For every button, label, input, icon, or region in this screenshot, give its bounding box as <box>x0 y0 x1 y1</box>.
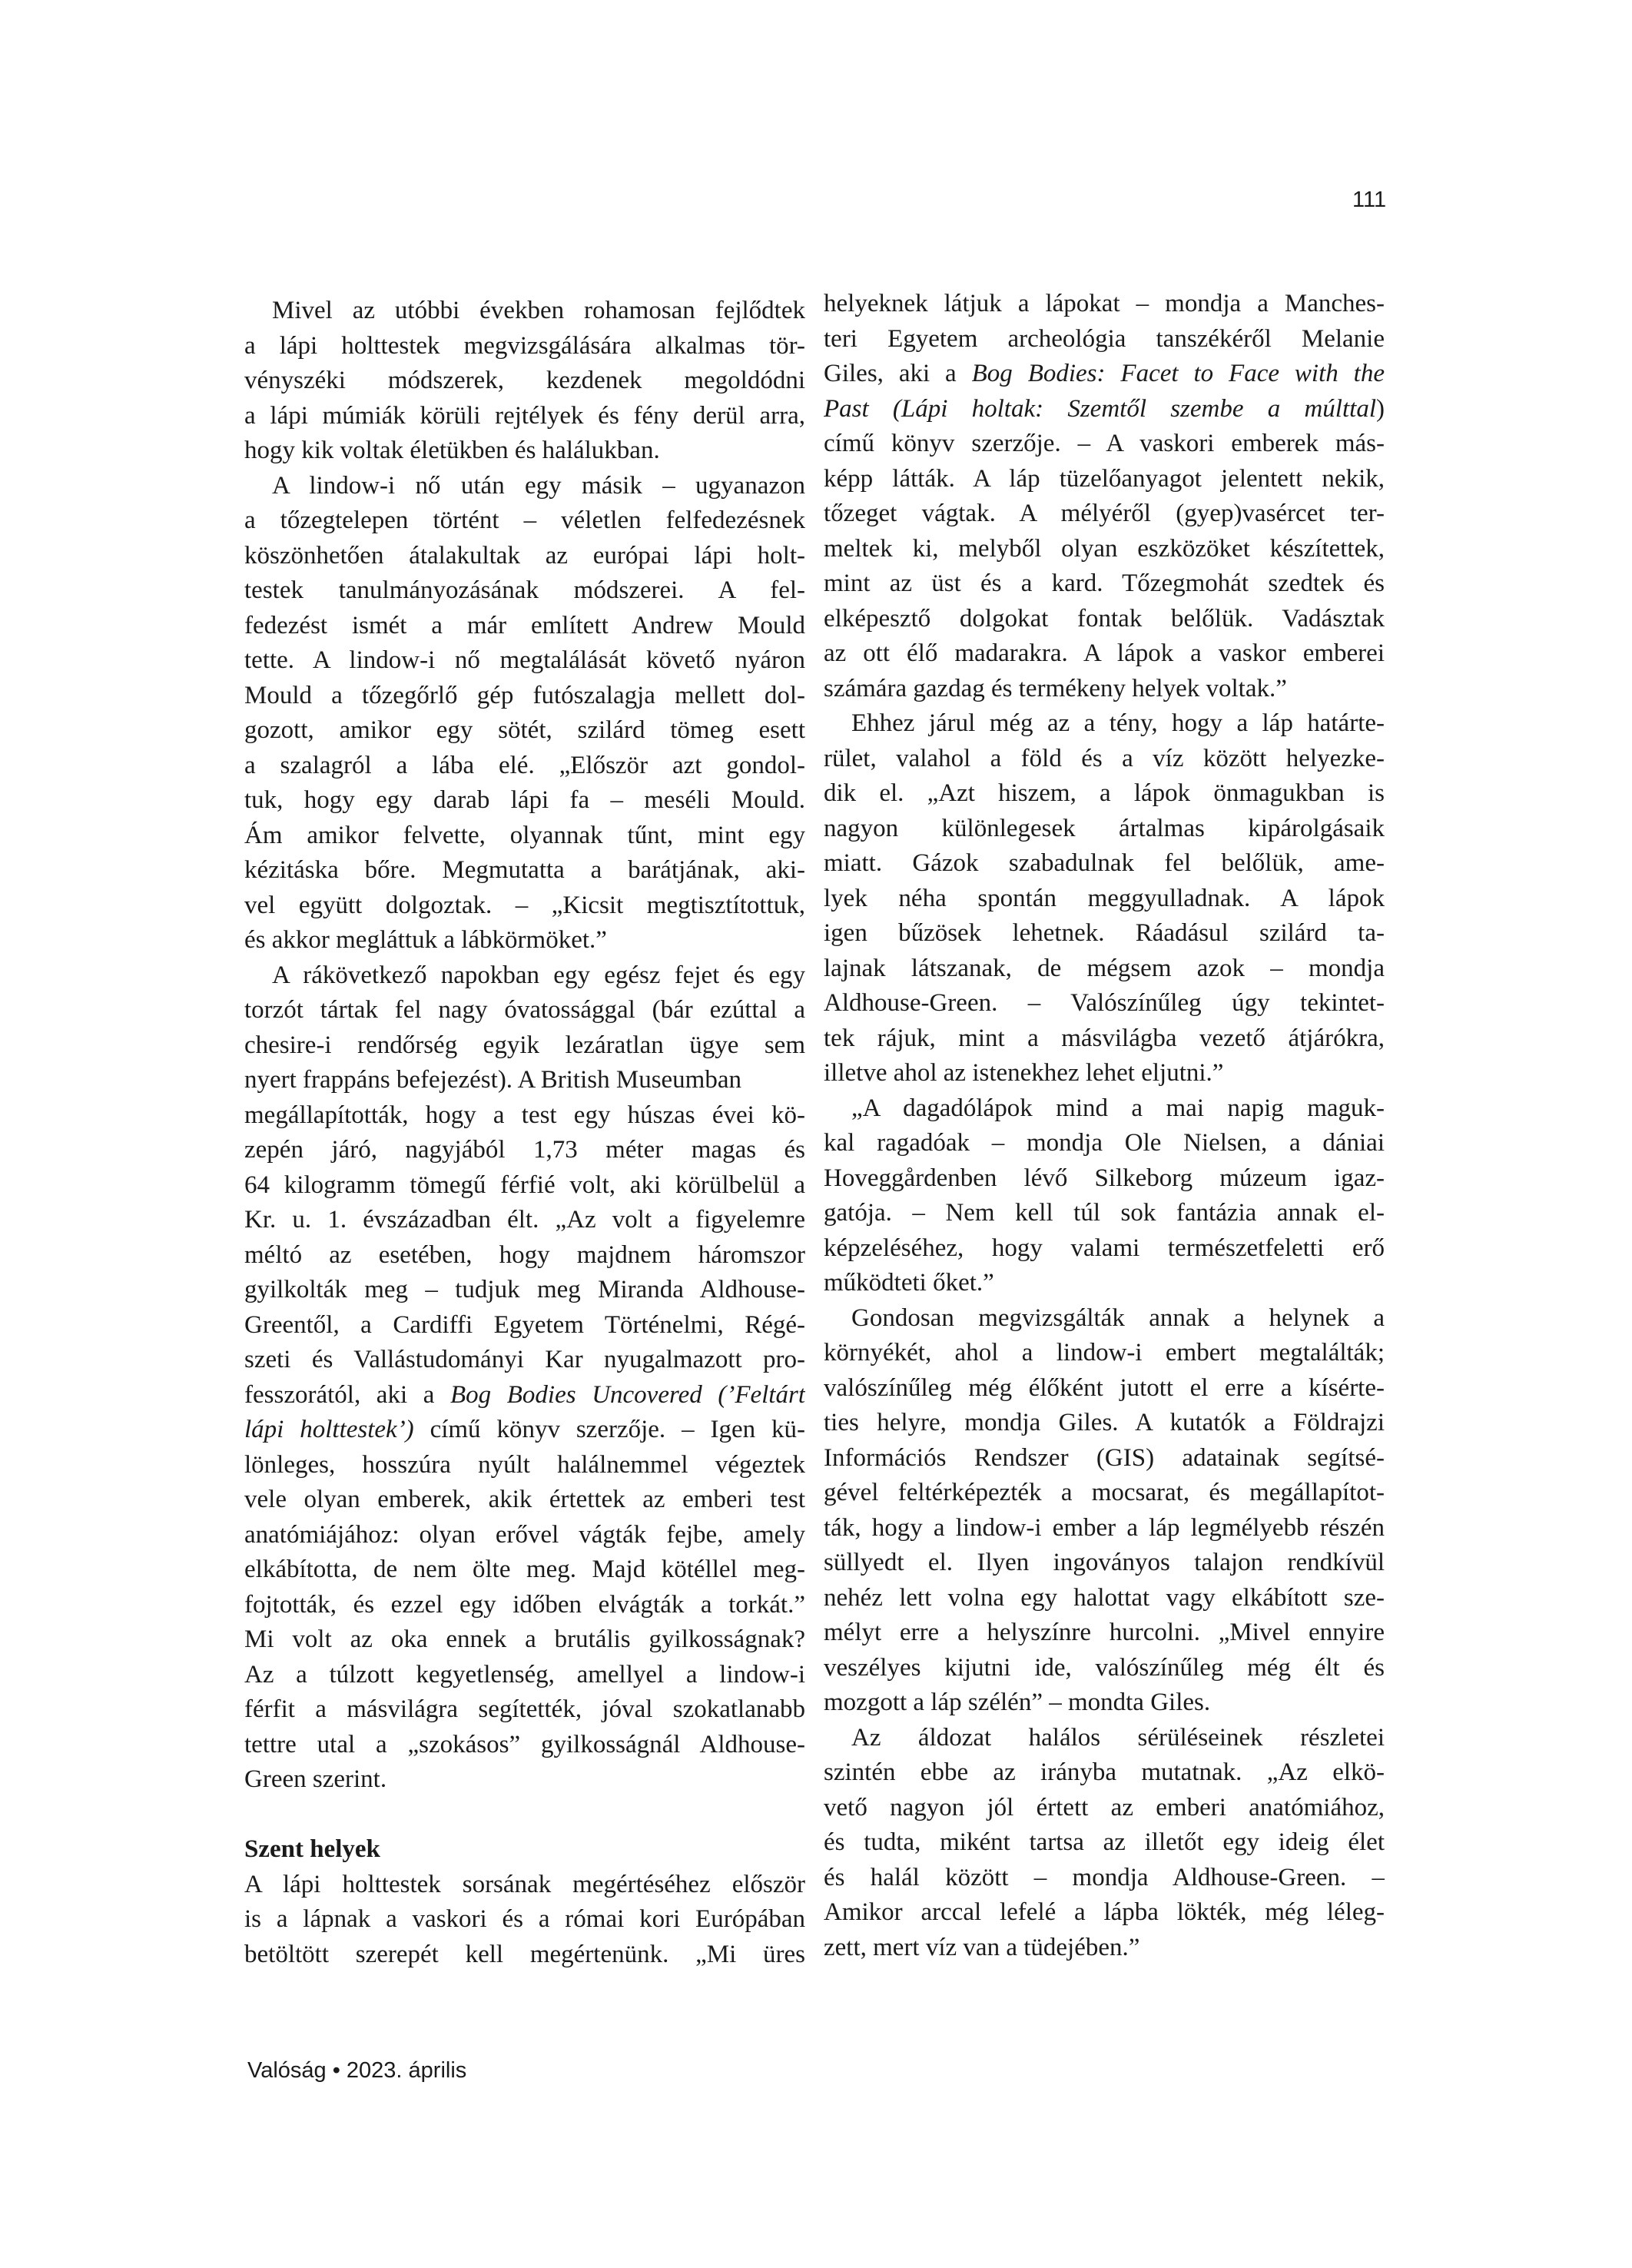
text-line: és akkor megláttuk a lábkörmöket.” <box>244 923 805 958</box>
text-line: „A dagadólápok mind a mai napig maguk- <box>824 1091 1385 1127</box>
text-line: elkábította, de nem ölte meg. Majd kötél… <box>244 1552 805 1588</box>
text-line: Ám amikor felvette, olyannak tűnt, mint … <box>244 819 805 854</box>
text-line: vel együtt dolgoztak. – „Kicsit megtiszt… <box>244 888 805 924</box>
text-line: című könyv szerzője. – A vaskori emberek… <box>824 427 1385 462</box>
text-line: nehéz lett volna egy halottat vagy elkáb… <box>824 1581 1385 1616</box>
text-line: számára gazdag és termékeny helyek volta… <box>824 672 1385 707</box>
text-line: férfit a másvilágra segítették, jóval sz… <box>244 1692 805 1728</box>
text-line: és tudta, miként tartsa az illetőt egy i… <box>824 1825 1385 1861</box>
italic-title: lápi holttestek’) <box>244 1416 414 1443</box>
text-line: gatója. – Nem kell túl sok fantázia anna… <box>824 1196 1385 1231</box>
text-line: vele olyan emberek, akik értettek az emb… <box>244 1483 805 1518</box>
text-line: fesszorától, aki a Bog Bodies Uncovered … <box>244 1378 805 1413</box>
text-line: valószínűleg még élőként jutott el erre … <box>824 1371 1385 1406</box>
text-line: Greentől, a Cardiffi Egyetem Történelmi,… <box>244 1308 805 1343</box>
text-line: lyek néha spontán meggyulladnak. A lápok <box>824 882 1385 917</box>
page-footer: Valóság • 2023. április <box>247 2058 466 2084</box>
text-line: a tőzegtelepen történt – véletlen felfed… <box>244 503 805 539</box>
text-line: Mi volt az oka ennek a brutális gyilkoss… <box>244 1622 805 1658</box>
text-line: torzót tártak fel nagy óvatossággal (bár… <box>244 993 805 1028</box>
text-line: dik el. „Azt hiszem, a lápok önmagukban … <box>824 776 1385 812</box>
text-line: fojtották, és ezzel egy időben elvágták … <box>244 1588 805 1623</box>
text-line: köszönhetően átalakultak az európai lápi… <box>244 539 805 574</box>
text-line: elképesztő dolgokat fontak belőlük. Vadá… <box>824 602 1385 637</box>
text-line: meltek ki, melyből olyan eszközöket kész… <box>824 532 1385 567</box>
text-line: teri Egyetem archeológia tanszékéről Mel… <box>824 322 1385 357</box>
text-line: illetve ahol az istenekhez lehet eljutni… <box>824 1056 1385 1091</box>
text-line: lápi holttestek’) című könyv szerzője. –… <box>244 1413 805 1448</box>
text-line: nyert frappáns befejezést). A British Mu… <box>244 1063 805 1098</box>
text-line: zepén járó, nagyjából 1,73 méter magas é… <box>244 1133 805 1168</box>
page-number: 111 <box>1352 188 1386 213</box>
text-line: nagyon különlegesek ártalmas kipárolgása… <box>824 812 1385 847</box>
text-line: Green szerint. <box>244 1762 805 1798</box>
text-line: és halál között – mondja Aldhouse-Green.… <box>824 1861 1385 1896</box>
text-line: 64 kilogramm tömegű férfié volt, aki kör… <box>244 1168 805 1204</box>
text-line: fedezést ismét a már említett Andrew Mou… <box>244 609 805 644</box>
text-line: tettre utal a „szokásos” gyilkosságnál A… <box>244 1728 805 1763</box>
text-line: képzeléséhez, hogy valami természetfelet… <box>824 1231 1385 1267</box>
text-line: környékét, ahol a lindow-i embert megtal… <box>824 1336 1385 1371</box>
text-line: tuk, hogy egy darab lápi fa – meséli Mou… <box>244 783 805 819</box>
text-line: a lápi múmiák körüli rejtélyek és fény d… <box>244 399 805 434</box>
text-line: vényszéki módszerek, kezdenek megoldódni <box>244 364 805 399</box>
text-line: tek rájuk, mint a másvilágba vezető átjá… <box>824 1021 1385 1057</box>
text-line: Információs Rendszer (GIS) adatainak seg… <box>824 1441 1385 1476</box>
text-line: kézitáska bőre. Megmutatta a barátjának,… <box>244 853 805 888</box>
text-line: mozgott a láp szélén” – mondta Giles. <box>824 1685 1385 1721</box>
text-line: zett, mert víz van a tüdejében.” <box>824 1931 1385 1966</box>
text-line: megállapították, hogy a test egy húszas … <box>244 1098 805 1134</box>
text-line: gyilkolták meg – tudjuk meg Miranda Aldh… <box>244 1273 805 1308</box>
text-line: Gondosan megvizsgálták annak a helynek a <box>824 1301 1385 1337</box>
text-line: az ott élő madarakra. A lápok a vaskor e… <box>824 636 1385 672</box>
text-line: Past (Lápi holtak: Szemtől szembe a múlt… <box>824 392 1385 427</box>
text-line: gével feltérképezték a mocsarat, és megá… <box>824 1476 1385 1511</box>
text-line: Mivel az utóbbi években rohamosan fejlőd… <box>244 294 805 329</box>
italic-title: Bog Bodies: Facet to Face with the <box>972 360 1385 387</box>
text-line: helyeknek látjuk a lápokat – mondja a Ma… <box>824 287 1385 322</box>
text-line: működteti őket.” <box>824 1266 1385 1301</box>
text-line: chesire-i rendőrség egyik lezáratlan ügy… <box>244 1028 805 1064</box>
text-line: Giles, aki a Bog Bodies: Facet to Face w… <box>824 357 1385 392</box>
text-line: mint az üst és a kard. Tőzegmohát szedte… <box>824 566 1385 602</box>
text-line: veszélyes kijutni ide, valószínűleg még … <box>824 1651 1385 1686</box>
text-line: a szalagról a lába elé. „Először azt gon… <box>244 749 805 784</box>
text-line: gozott, amikor egy sötét, szilárd tömeg … <box>244 713 805 749</box>
italic-title: Past (Lápi holtak: Szemtől szembe a múlt… <box>824 395 1376 423</box>
text-line: A lindow-i nő után egy másik – ugyanazon <box>244 469 805 504</box>
text-line: A rákövetkező napokban egy egész fejet é… <box>244 958 805 994</box>
text-line: Kr. u. 1. évszázadban élt. „Az volt a fi… <box>244 1203 805 1238</box>
text-line: méltó az esetében, hogy majdnem háromszo… <box>244 1238 805 1273</box>
text-line: betöltött szerepét kell megértenünk. „Mi… <box>244 1938 805 1973</box>
text-line: miatt. Gázok szabadulnak fel belőlük, am… <box>824 846 1385 882</box>
text-line: tette. A lindow-i nő megtalálását követő… <box>244 643 805 679</box>
text-line: anatómiájához: olyan erővel vágták fejbe… <box>244 1518 805 1553</box>
paragraph-gap <box>244 1798 805 1833</box>
text-line: A lápi holttestek sorsának megértéséhez … <box>244 1868 805 1903</box>
text-line: Ehhez járul még az a tény, hogy a láp ha… <box>824 706 1385 742</box>
text-line: Az áldozat halálos sérüléseinek részlete… <box>824 1721 1385 1756</box>
text-line: hogy kik voltak életükben és halálukban. <box>244 433 805 469</box>
left-column: Mivel az utóbbi években rohamosan fejlőd… <box>244 294 805 1972</box>
text-line: rület, valahol a föld és a víz között he… <box>824 742 1385 777</box>
text-line: süllyedt el. Ilyen ingoványos talajon re… <box>824 1546 1385 1581</box>
text-line: lajnak látszanak, de mégsem azok – mondj… <box>824 951 1385 987</box>
right-column: helyeknek látjuk a lápokat – mondja a Ma… <box>824 287 1385 1965</box>
text-line: testek tanulmányozásának módszerei. A fe… <box>244 573 805 609</box>
italic-title: Bog Bodies Uncovered (’Feltárt <box>450 1381 805 1409</box>
text-line: képp látták. A láp tüzelőanyagot jelente… <box>824 462 1385 497</box>
text-line: Amikor arccal lefelé a lápba lökték, még… <box>824 1895 1385 1931</box>
text-line: lönleges, hosszúra nyúlt halálnemmel vég… <box>244 1448 805 1483</box>
text-line: Az a túlzott kegyetlenség, amellyel a li… <box>244 1658 805 1693</box>
text-line: igen bűzösek lehetnek. Ráadásul szilárd … <box>824 916 1385 951</box>
text-line: vető nagyon jól értett az emberi anatómi… <box>824 1791 1385 1826</box>
section-heading: Szent helyek <box>244 1832 805 1868</box>
text-line: ties helyre, mondja Giles. A kutatók a F… <box>824 1406 1385 1441</box>
text-line: ták, hogy a lindow-i ember a láp legmély… <box>824 1511 1385 1546</box>
text-line: Mould a tőzegőrlő gép futószalagja melle… <box>244 679 805 714</box>
text-line: mélyt erre a helyszínre hurcolni. „Mivel… <box>824 1615 1385 1651</box>
text-line: is a lápnak a vaskori és a római kori Eu… <box>244 1902 805 1938</box>
text-line: tőzeget vágtak. A mélyéről (gyep)vasérce… <box>824 496 1385 532</box>
text-line: kal ragadóak – mondja Ole Nielsen, a dán… <box>824 1126 1385 1161</box>
text-line: Hoveggårdenben lévő Silkeborg múzeum iga… <box>824 1161 1385 1197</box>
text-line: a lápi holttestek megvizsgálására alkalm… <box>244 329 805 364</box>
text-line: szeti és Vallástudományi Kar nyugalmazot… <box>244 1343 805 1378</box>
text-line: szintén ebbe az irányba mutatnak. „Az el… <box>824 1755 1385 1791</box>
text-line: Aldhouse-Green. – Valószínűleg úgy tekin… <box>824 986 1385 1021</box>
